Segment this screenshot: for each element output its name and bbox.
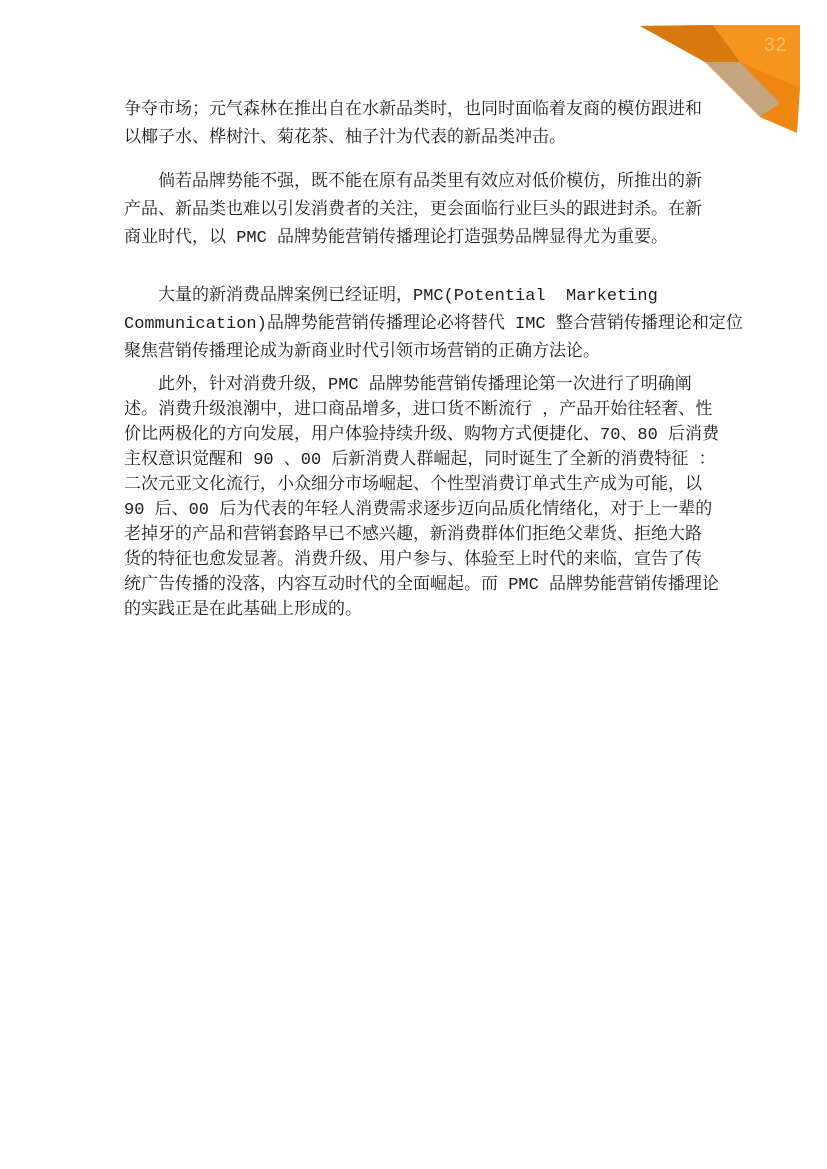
text-line: 90 后、00 后为代表的年轻人消费需求逐步迈向品质化情绪化，对于上一辈的: [124, 498, 716, 523]
text-line: 倘若品牌势能不强，既不能在原有品类里有效应对低价模仿，所推出的新: [124, 169, 716, 197]
paragraph: 争夺市场；元气森林在推出自在水新品类时，也同时面临着友商的模仿跟进和以椰子水、桦…: [124, 97, 716, 153]
text-line: 以椰子水、桦树汁、菊花茶、柚子汁为代表的新品类冲击。: [124, 125, 716, 153]
corner-facet-dark: [640, 25, 740, 62]
page-number: 32: [764, 35, 798, 57]
text-line: 商业时代，以 PMC 品牌势能营销传播理论打造强势品牌显得尤为重要。: [124, 225, 716, 253]
paragraph: 此外，针对消费升级，PMC 品牌势能营销传播理论第一次进行了明确阐述。消费升级浪…: [124, 373, 716, 623]
document-body: 争夺市场；元气森林在推出自在水新品类时，也同时面临着友商的模仿跟进和以椰子水、桦…: [124, 97, 716, 623]
text-line: 统广告传播的没落，内容互动时代的全面崛起。而 PMC 品牌势能营销传播理论: [124, 573, 716, 598]
text-line: 述。消费升级浪潮中，进口商品增多，进口货不断流行 ，产品开始往轻奢、性: [124, 398, 716, 423]
text-line: Communication)品牌势能营销传播理论必将替代 IMC 整合营销传播理…: [124, 311, 716, 339]
text-line: 聚焦营销传播理论成为新商业时代引领市场营销的正确方法论。: [124, 339, 716, 367]
text-line: 产品、新品类也难以引发消费者的关注，更会面临行业巨头的跟进封杀。在新: [124, 197, 716, 225]
corner-facet-bright: [713, 25, 800, 88]
document-page: 32 争夺市场；元气森林在推出自在水新品类时，也同时面临着友商的模仿跟进和以椰子…: [0, 0, 827, 1169]
text-line: 此外，针对消费升级，PMC 品牌势能营销传播理论第一次进行了明确阐: [124, 373, 716, 398]
paragraph: 大量的新消费品牌案例已经证明，PMC(Potential MarketingCo…: [124, 283, 716, 367]
paragraph: 倘若品牌势能不强，既不能在原有品类里有效应对低价模仿，所推出的新产品、新品类也难…: [124, 169, 716, 253]
text-line: 老掉牙的产品和营销套路早已不感兴趣，新消费群体们拒绝父辈货、拒绝大路: [124, 523, 716, 548]
text-line: 争夺市场；元气森林在推出自在水新品类时，也同时面临着友商的模仿跟进和: [124, 97, 716, 125]
text-line: 二次元亚文化流行，小众细分市场崛起、个性型消费订单式生产成为可能，以: [124, 473, 716, 498]
text-line: 的实践正是在此基础上形成的。: [124, 598, 716, 623]
corner-facet-tan: [705, 62, 780, 117]
text-line: 大量的新消费品牌案例已经证明，PMC(Potential Marketing: [124, 283, 716, 311]
text-line: 价比两极化的方向发展，用户体验持续升级、购物方式便捷化、70、80 后消费: [124, 423, 716, 448]
text-line: 货的特征也愈发显著。消费升级、用户参与、体验至上时代的来临，宣告了传: [124, 548, 716, 573]
text-line: 主权意识觉醒和 90 、00 后新消费人群崛起，同时诞生了全新的消费特征 ：: [124, 448, 716, 473]
